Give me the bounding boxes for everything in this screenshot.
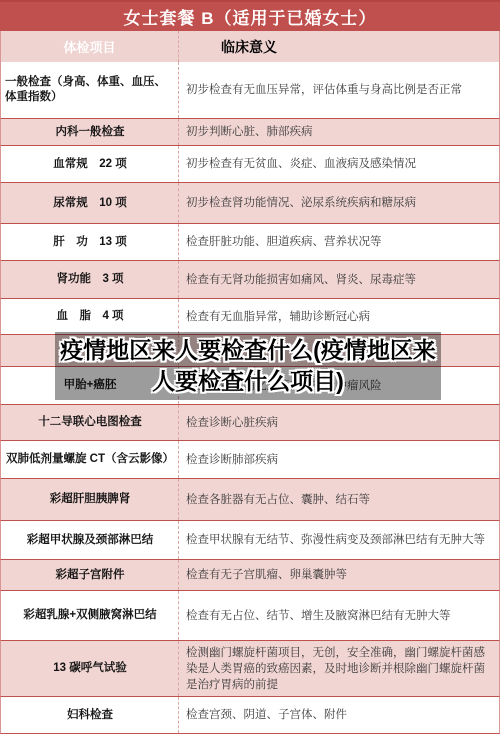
table-row: 彩超子宫附件 检查有无子宫肌瘤、卵巢囊肿等 bbox=[0, 560, 500, 591]
table-row: 妇科检查 检查宫颈、阴道、子宫体、附件 bbox=[0, 697, 500, 734]
table-row: 血 脂 4 项 检查有无血脂异常，辅助诊断冠心病 bbox=[0, 299, 500, 335]
item-cell: 妇科检查 bbox=[1, 697, 179, 733]
package-title-bar: 女士套餐 B（适用于已婚女士） bbox=[0, 0, 500, 31]
item-cell: 血 脂 4 项 bbox=[1, 299, 179, 334]
table-row: 肾功能 3 项 检查有无肾功能损害如痛风、肾炎、尿毒症等 bbox=[0, 261, 500, 299]
table-header-row: 体检项目 临床意义 bbox=[0, 31, 500, 62]
item-cell: 内科一般检查 bbox=[1, 119, 179, 145]
meaning-cell: 检查有无肾功能损害如痛风、肾炎、尿毒症等 bbox=[179, 261, 499, 298]
meaning-cell: 初步检查肾功能情况、泌尿系统疾病和糖尿病 bbox=[179, 183, 499, 223]
item-cell: 一般检查（身高、体重、血压、体重指数） bbox=[1, 62, 179, 118]
meaning-cell: 检查各脏器有无占位、囊肿、结石等 bbox=[179, 479, 499, 520]
meaning-cell: 检测幽门螺旋杆菌项目，无创，安全准确，幽门螺旋杆菌感染是人类胃癌的致癌因素，及时… bbox=[179, 641, 499, 696]
item-cell: 肾功能 3 项 bbox=[1, 261, 179, 298]
column-header-meaning: 临床意义 bbox=[179, 31, 499, 62]
meaning-cell: 检查宫颈、阴道、子宫体、附件 bbox=[179, 697, 499, 733]
package-table: 女士套餐 B（适用于已婚女士） 体检项目 临床意义 一般检查（身高、体重、血压、… bbox=[0, 0, 500, 734]
item-cell: 13 碳呼气试验 bbox=[1, 641, 179, 696]
meaning-cell: 检查有无占位、结节、增生及腋窝淋巴结有无肿大等 bbox=[179, 591, 499, 640]
item-cell: 彩超甲状腺及颈部淋巴结 bbox=[1, 521, 179, 559]
table-row: 血常规 22 项 初步检查有无贫血、炎症、血液病及感染情况 bbox=[0, 146, 500, 183]
meaning-cell: 检查甲状腺有无结节、弥漫性病变及颈部淋巴结有无肿大等 bbox=[179, 521, 499, 559]
watermark-title-text: 疫情地区来人要检查什么(疫情地区来人要检查什么项目) bbox=[55, 335, 441, 397]
table-row: 内科一般检查 初步判断心脏、肺部疾病 bbox=[0, 119, 500, 146]
item-cell: 尿常规 10 项 bbox=[1, 183, 179, 223]
table-row: 一般检查（身高、体重、血压、体重指数） 初步检查有无血压异常，评估体重与身高比例… bbox=[0, 62, 500, 119]
item-cell: 彩超子宫附件 bbox=[1, 560, 179, 590]
table-row: 肝 功 13 项 检查肝脏功能、胆道疾病、营养状况等 bbox=[0, 224, 500, 261]
table-row: 彩超乳腺+双侧腋窝淋巴结 检查有无占位、结节、增生及腋窝淋巴结有无肿大等 bbox=[0, 591, 500, 641]
meaning-cell: 检查有无子宫肌瘤、卵巢囊肿等 bbox=[179, 560, 499, 590]
meaning-cell: 检查诊断心脏疾病 bbox=[179, 405, 499, 440]
watermark-title: 疫情地区来人要检查什么(疫情地区来人要检查什么项目) bbox=[55, 332, 441, 400]
meaning-cell: 初步检查有无血压异常，评估体重与身高比例是否正常 bbox=[179, 62, 499, 118]
meaning-cell: 检查有无血脂异常，辅助诊断冠心病 bbox=[179, 299, 499, 334]
table-row: 十二导联心电图检查 检查诊断心脏疾病 bbox=[0, 405, 500, 441]
column-header-item: 体检项目 bbox=[1, 31, 179, 62]
item-cell: 双肺低剂量螺旋 CT（含云影像） bbox=[1, 441, 179, 478]
table-row: 双肺低剂量螺旋 CT（含云影像） 检查诊断肺部疾病 bbox=[0, 441, 500, 479]
package-title: 女士套餐 B（适用于已婚女士） bbox=[124, 4, 377, 29]
item-cell: 彩超乳腺+双侧腋窝淋巴结 bbox=[1, 591, 179, 640]
item-cell: 十二导联心电图检查 bbox=[1, 405, 179, 440]
table-row: 彩超肝胆胰脾肾 检查各脏器有无占位、囊肿、结石等 bbox=[0, 479, 500, 521]
table-row: 尿常规 10 项 初步检查肾功能情况、泌尿系统疾病和糖尿病 bbox=[0, 183, 500, 224]
meaning-cell: 检查诊断肺部疾病 bbox=[179, 441, 499, 478]
table-row: 13 碳呼气试验 检测幽门螺旋杆菌项目，无创，安全准确，幽门螺旋杆菌感染是人类胃… bbox=[0, 641, 500, 697]
meaning-cell: 初步判断心脏、肺部疾病 bbox=[179, 119, 499, 145]
item-cell: 彩超肝胆胰脾肾 bbox=[1, 479, 179, 520]
meaning-cell: 初步检查有无贫血、炎症、血液病及感染情况 bbox=[179, 146, 499, 182]
meaning-cell: 检查肝脏功能、胆道疾病、营养状况等 bbox=[179, 224, 499, 260]
item-cell: 血常规 22 项 bbox=[1, 146, 179, 182]
item-cell: 肝 功 13 项 bbox=[1, 224, 179, 260]
table-row: 彩超甲状腺及颈部淋巴结 检查甲状腺有无结节、弥漫性病变及颈部淋巴结有无肿大等 bbox=[0, 521, 500, 560]
